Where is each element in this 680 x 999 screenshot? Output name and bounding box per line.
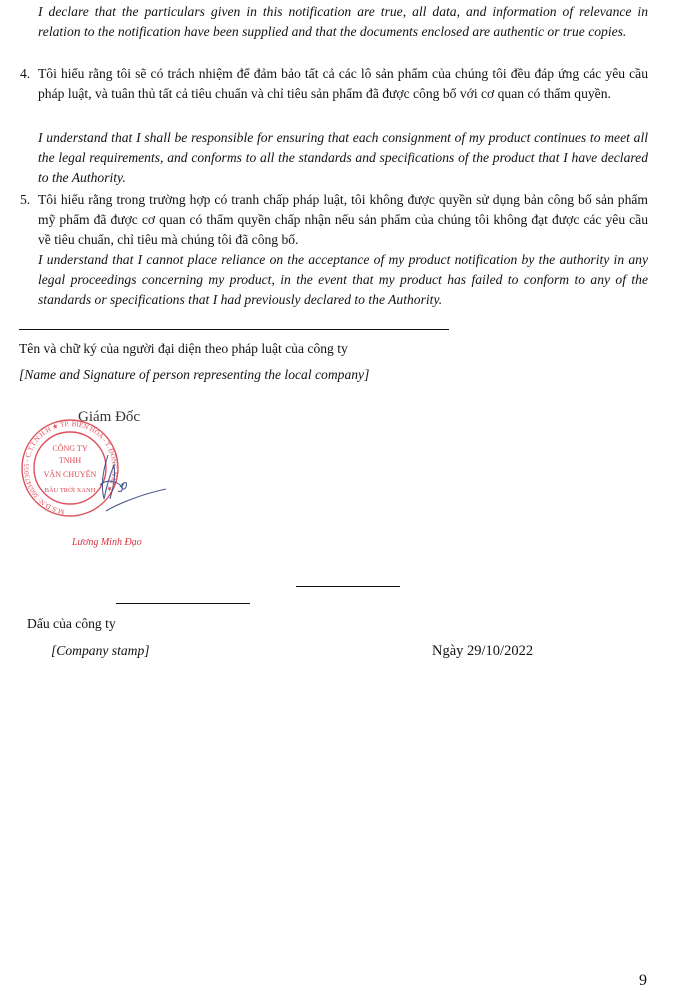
signing-date: Ngày 29/10/2022 [432, 642, 533, 660]
svg-text:VẬN CHUYỂN: VẬN CHUYỂN [44, 469, 97, 479]
item-5-en: I understand that I cannot place relianc… [38, 250, 648, 310]
signature-label-vi: Tên và chữ ký của người đại diện theo ph… [19, 340, 348, 358]
item-4-number: 4. [20, 64, 30, 84]
item-4-vi: Tôi hiểu rằng tôi sẽ có trách nhiệm để đ… [38, 64, 648, 104]
stamp-label-vi: Dấu của công ty [27, 615, 116, 633]
stamp-label-en: [Company stamp] [51, 642, 150, 660]
svg-text:CÔNG TY: CÔNG TY [52, 443, 87, 453]
item-5-number: 5. [20, 190, 30, 210]
signature-label-en: [Name and Signature of person representi… [19, 366, 369, 384]
date-line [296, 586, 400, 587]
declaration-intro-en: I declare that the particulars given in … [38, 2, 648, 42]
item-4-en: I understand that I shall be responsible… [38, 128, 648, 188]
svg-text:Lương Minh Đạo: Lương Minh Đạo [71, 537, 142, 548]
signature-block: Giám Đốc M.S.D.N: 3603473055 - C.T.T.N.H… [20, 395, 190, 570]
item-5-vi: Tôi hiểu rằng trong trường hợp có tranh … [38, 190, 648, 250]
page-number: 9 [639, 972, 647, 990]
svg-text:BẦU TRỜI XANH: BẦU TRỜI XANH [45, 486, 96, 494]
signature-line [19, 329, 449, 330]
stamp-line [116, 603, 250, 604]
svg-text:TNHH: TNHH [59, 456, 81, 465]
company-stamp-icon: M.S.D.N: 3603473055 - C.T.T.N.H.H ★ TP. … [20, 395, 190, 570]
